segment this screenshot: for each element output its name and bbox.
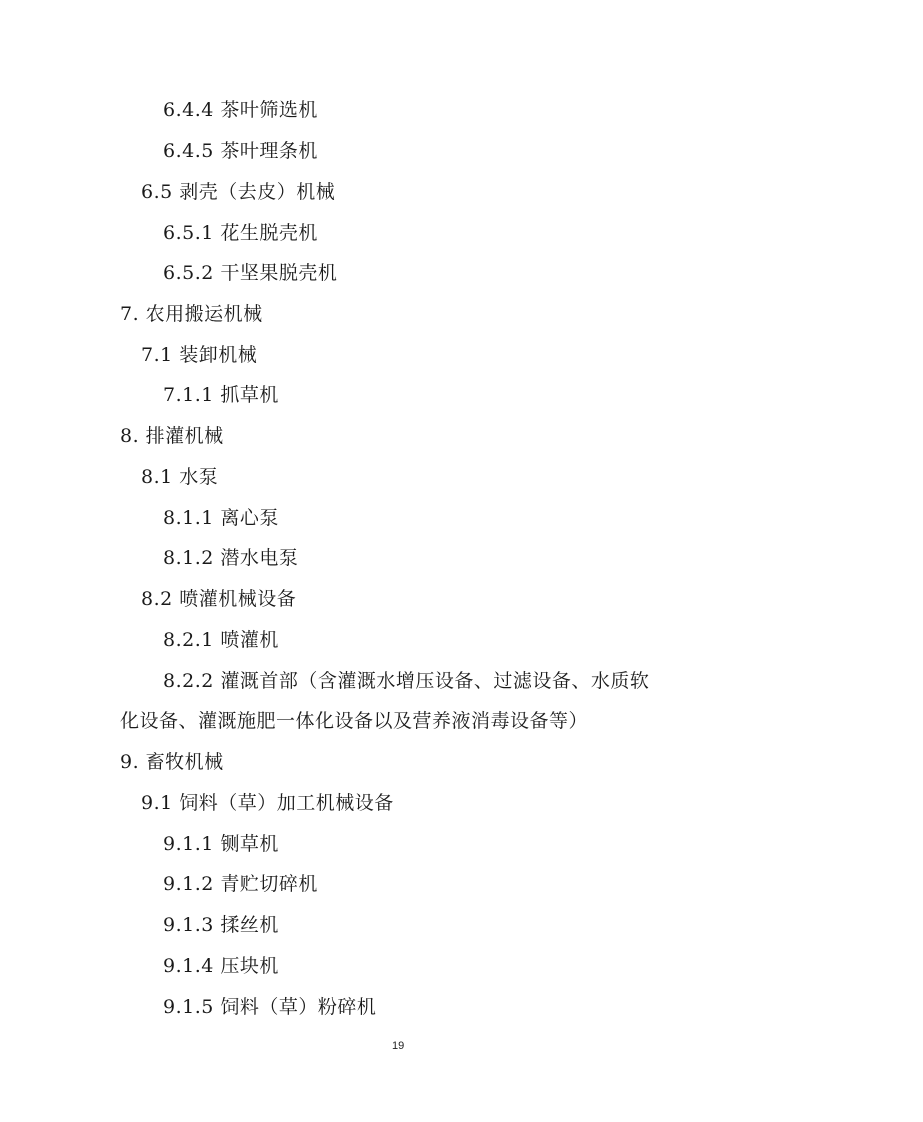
item-6-5-1: 6.5.1 花生脱壳机: [163, 221, 318, 245]
item-9-1-1: 9.1.1 铡草机: [163, 832, 279, 856]
item-6-5-2: 6.5.2 干坚果脱壳机: [163, 261, 337, 285]
item-9-1-2: 9.1.2 青贮切碎机: [163, 872, 318, 896]
chapter-7: 7. 农用搬运机械: [120, 302, 263, 326]
section-7-1: 7.1 装卸机械: [141, 343, 257, 367]
section-8-1: 8.1 水泵: [141, 465, 218, 489]
item-6-4-5: 6.4.5 茶叶理条机: [163, 139, 318, 163]
item-8-2-2-continued: 化设备、灌溉施肥一体化设备以及营养液消毒设备等）: [120, 709, 588, 733]
item-8-1-1: 8.1.1 离心泵: [163, 506, 279, 530]
item-8-1-2: 8.1.2 潜水电泵: [163, 546, 298, 570]
chapter-9: 9. 畜牧机械: [120, 750, 224, 774]
item-9-1-4: 9.1.4 压块机: [163, 954, 279, 978]
section-9-1: 9.1 饲料（草）加工机械设备: [141, 791, 394, 815]
item-9-1-5: 9.1.5 饲料（草）粉碎机: [163, 995, 376, 1019]
chapter-8: 8. 排灌机械: [120, 424, 224, 448]
section-8-2: 8.2 喷灌机械设备: [141, 587, 296, 611]
item-8-2-1: 8.2.1 喷灌机: [163, 628, 279, 652]
section-6-5: 6.5 剥壳（去皮）机械: [141, 180, 335, 204]
page-number: 19: [392, 1040, 404, 1052]
item-9-1-3: 9.1.3 揉丝机: [163, 913, 279, 937]
item-7-1-1: 7.1.1 抓草机: [163, 383, 279, 407]
item-6-4-4: 6.4.4 茶叶筛选机: [163, 98, 318, 122]
item-8-2-2: 8.2.2 灌溉首部（含灌溉水增压设备、过滤设备、水质软: [163, 669, 649, 693]
